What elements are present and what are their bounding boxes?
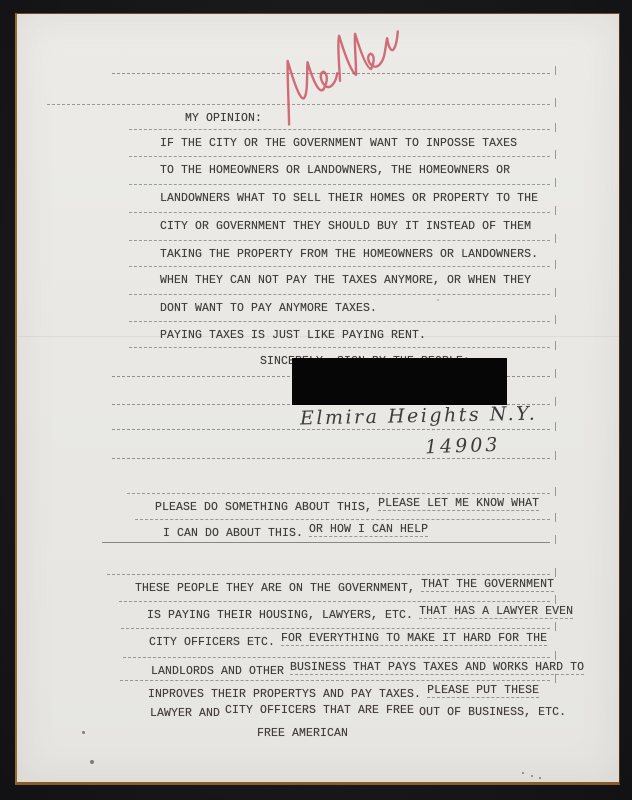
typed-line: CITY OFFICERS ETC.FOR EVERYTHING TO MAKE… <box>121 604 550 629</box>
paper-speck <box>90 760 94 764</box>
typed-line: LANDOWNERS WHAT TO SELL THEIR HOMES OR P… <box>129 160 550 185</box>
typed-line: I CAN DO ABOUT THIS.OR HOW I CAN HELP <box>135 495 550 520</box>
typed-line: TAKING THE PROPERTY FROM THE HOMEOWNERS … <box>129 216 550 241</box>
typed-line: IS PAYING THEIR HOUSING, LAWYERS, ETC.TH… <box>119 577 550 602</box>
typed-line: CITY OR GOVERNMENT THEY SHOULD BUY IT IN… <box>129 188 550 213</box>
typed-line: THESE PEOPLE THEY ARE ON THE GOVERNMENT,… <box>107 550 550 575</box>
ruled-line <box>112 429 550 430</box>
typed-line: LANDLORDS AND OTHERBUSINESS THAT PAYS TA… <box>123 633 550 658</box>
paper-speck <box>437 299 439 301</box>
paper-speck <box>539 777 541 779</box>
paper-speck <box>531 775 533 777</box>
handwritten-city: Elmira Heights N.Y. <box>300 403 538 430</box>
divider-line <box>102 542 550 543</box>
closing-line: SINCERELY. SIGN BY THE PEOPLE: <box>129 323 550 348</box>
typed-line: WHEN THEY CAN NOT PAY THE TAXES ANYMORE,… <box>129 242 550 267</box>
signoff-line: FREE AMERICAN <box>229 695 550 719</box>
red-ink-handwriting <box>267 22 417 114</box>
handwritten-zip: 14903 <box>425 434 501 459</box>
typed-line: TO THE HOMEOWNERS OR LANDOWNERS, THE HOM… <box>129 132 550 157</box>
typed-line: PAYING TAXES IS JUST LIKE PAYING RENT. <box>129 297 550 322</box>
scanned-letter-page: MY OPINION: IF THE CITY OR THE GOVERNMEN… <box>15 13 620 785</box>
redaction-box <box>292 358 507 405</box>
paper-speck <box>82 731 85 734</box>
ruled-line <box>112 458 550 459</box>
paper-speck <box>522 772 524 774</box>
typed-line: DONT WANT TO PAY ANYMORE TAXES. <box>129 270 550 295</box>
typed-line: PLEASE DO SOMETHING ABOUT THIS,PLEASE LE… <box>127 469 550 494</box>
